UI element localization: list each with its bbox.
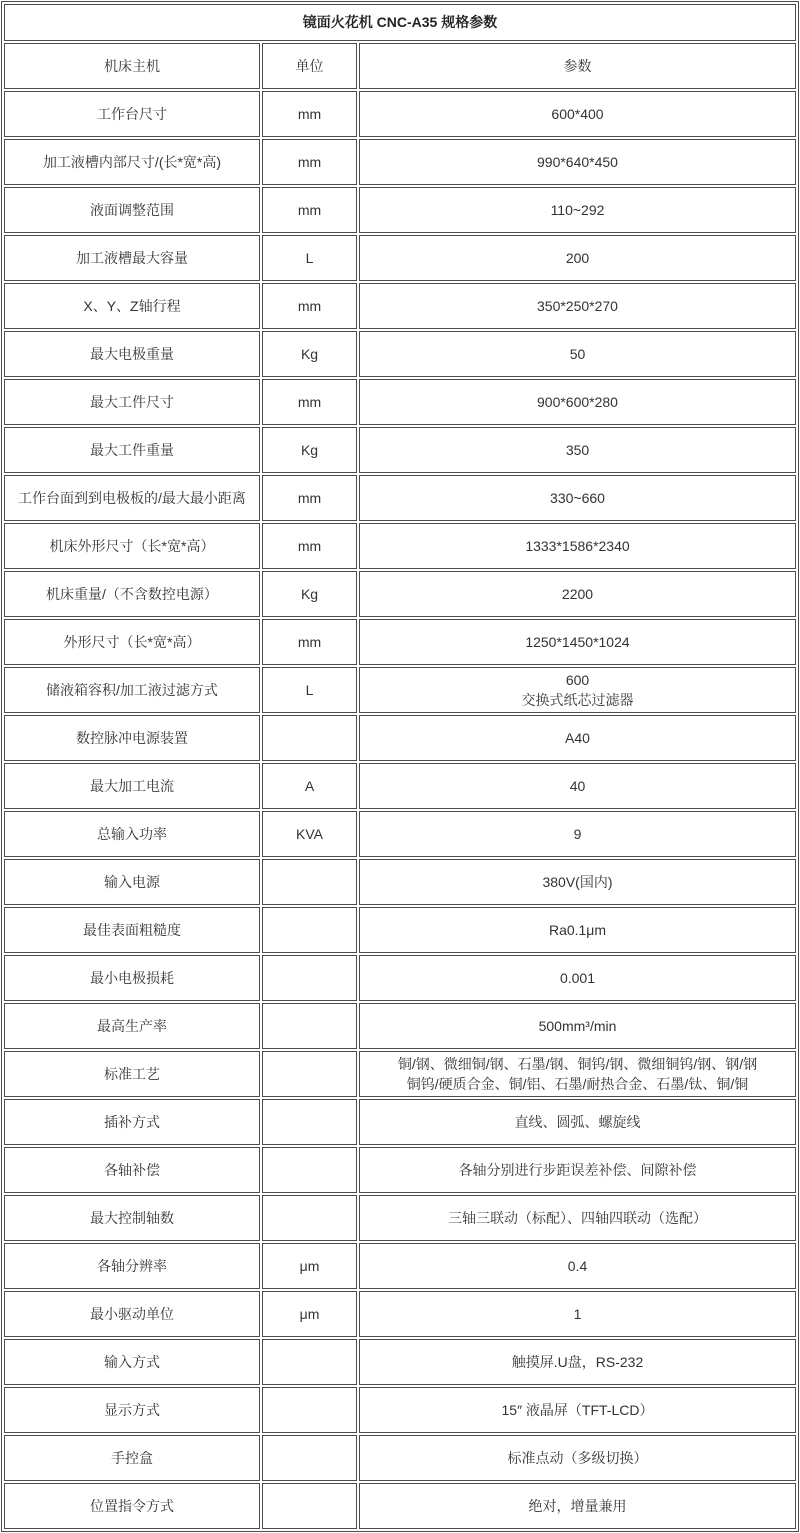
spec-value-cell: 600*400 xyxy=(359,91,796,137)
table-row: 加工液槽最大容量 L 200 xyxy=(4,235,796,281)
spec-value-cell: 9 xyxy=(359,811,796,857)
spec-value-cell: 各轴分别进行步距误差补偿、间隙补偿 xyxy=(359,1147,796,1193)
spec-name-cell: 输入电源 xyxy=(4,859,260,905)
spec-unit-cell: Kg xyxy=(262,427,357,473)
spec-value-cell: A40 xyxy=(359,715,796,761)
spec-unit-cell xyxy=(262,1147,357,1193)
column-header-name: 机床主机 xyxy=(4,43,260,89)
table-header-row: 机床主机 单位 参数 xyxy=(4,43,796,89)
spec-table: 镜面火花机 CNC-A35 规格参数 机床主机 单位 参数 工作台尺寸 mm 6… xyxy=(1,1,799,1532)
table-row: 液面调整范围 mm 110~292 xyxy=(4,187,796,233)
spec-unit-cell xyxy=(262,1099,357,1145)
spec-unit-cell xyxy=(262,1387,357,1433)
spec-value-cell: 500mm³/min xyxy=(359,1003,796,1049)
table-title-row: 镜面火花机 CNC-A35 规格参数 xyxy=(4,4,796,41)
spec-value-cell: 600 交换式纸芯过滤器 xyxy=(359,667,796,713)
spec-name-cell: 最大加工电流 xyxy=(4,763,260,809)
spec-unit-cell: L xyxy=(262,235,357,281)
table-row: 加工液槽内部尺寸/(长*宽*高) mm 990*640*450 xyxy=(4,139,796,185)
spec-name-cell: 数控脉冲电源装置 xyxy=(4,715,260,761)
table-row: 最大工件重量 Kg 350 xyxy=(4,427,796,473)
spec-name-cell: 标准工艺 xyxy=(4,1051,260,1097)
table-row: 手控盒 标准点动（多级切换） xyxy=(4,1435,796,1481)
spec-name-cell: 机床重量/（不含数控电源） xyxy=(4,571,260,617)
spec-unit-cell: mm xyxy=(262,139,357,185)
spec-name-cell: 各轴分辨率 xyxy=(4,1243,260,1289)
spec-value-cell: 三轴三联动（标配）、四轴四联动（选配） xyxy=(359,1195,796,1241)
spec-unit-cell xyxy=(262,715,357,761)
table-row: 标准工艺 铜/钢、微细铜/钢、石墨/钢、铜钨/钢、微细铜钨/钢、钢/钢 铜钨/硬… xyxy=(4,1051,796,1097)
table-row: 最高生产率 500mm³/min xyxy=(4,1003,796,1049)
spec-unit-cell xyxy=(262,1339,357,1385)
spec-value-cell: 900*600*280 xyxy=(359,379,796,425)
spec-name-cell: 加工液槽最大容量 xyxy=(4,235,260,281)
spec-value-cell: 330~660 xyxy=(359,475,796,521)
spec-name-cell: 最小驱动单位 xyxy=(4,1291,260,1337)
spec-unit-cell: mm xyxy=(262,475,357,521)
spec-name-cell: 各轴补偿 xyxy=(4,1147,260,1193)
spec-value-cell: 200 xyxy=(359,235,796,281)
spec-value-cell: 990*640*450 xyxy=(359,139,796,185)
spec-name-cell: 手控盒 xyxy=(4,1435,260,1481)
spec-name-cell: 最小电极损耗 xyxy=(4,955,260,1001)
spec-value-cell: 50 xyxy=(359,331,796,377)
table-row: X、Y、Z轴行程 mm 350*250*270 xyxy=(4,283,796,329)
spec-name-cell: 位置指令方式 xyxy=(4,1483,260,1529)
spec-value-cell: 350*250*270 xyxy=(359,283,796,329)
spec-name-cell: 最大电极重量 xyxy=(4,331,260,377)
spec-name-cell: 最高生产率 xyxy=(4,1003,260,1049)
column-header-value: 参数 xyxy=(359,43,796,89)
spec-unit-cell: KVA xyxy=(262,811,357,857)
spec-name-cell: 显示方式 xyxy=(4,1387,260,1433)
spec-name-cell: 总输入功率 xyxy=(4,811,260,857)
table-row: 最佳表面粗糙度 Ra0.1μm xyxy=(4,907,796,953)
spec-value-cell: 标准点动（多级切换） xyxy=(359,1435,796,1481)
spec-name-cell: 工作台面到到电极板的/最大最小距离 xyxy=(4,475,260,521)
spec-value-cell: 直线、圆弧、螺旋线 xyxy=(359,1099,796,1145)
table-row: 储液箱容积/加工液过滤方式 L 600 交换式纸芯过滤器 xyxy=(4,667,796,713)
spec-name-cell: 最大工件重量 xyxy=(4,427,260,473)
spec-value-cell: 0.001 xyxy=(359,955,796,1001)
spec-value-cell: 380V(国内) xyxy=(359,859,796,905)
spec-name-cell: 最佳表面粗糙度 xyxy=(4,907,260,953)
spec-value-cell: 绝对，增量兼用 xyxy=(359,1483,796,1529)
table-row: 插补方式 直线、圆弧、螺旋线 xyxy=(4,1099,796,1145)
spec-name-cell: X、Y、Z轴行程 xyxy=(4,283,260,329)
spec-value-cell: 110~292 xyxy=(359,187,796,233)
table-row: 最大控制轴数 三轴三联动（标配）、四轴四联动（选配） xyxy=(4,1195,796,1241)
page: 镜面火花机 CNC-A35 规格参数 机床主机 单位 参数 工作台尺寸 mm 6… xyxy=(0,0,800,1533)
spec-unit-cell: mm xyxy=(262,187,357,233)
spec-unit-cell: μm xyxy=(262,1243,357,1289)
spec-unit-cell: mm xyxy=(262,379,357,425)
spec-unit-cell: μm xyxy=(262,1291,357,1337)
spec-name-cell: 插补方式 xyxy=(4,1099,260,1145)
table-row: 总输入功率 KVA 9 xyxy=(4,811,796,857)
table-row: 各轴分辨率 μm 0.4 xyxy=(4,1243,796,1289)
spec-name-cell: 工作台尺寸 xyxy=(4,91,260,137)
spec-unit-cell: mm xyxy=(262,619,357,665)
spec-value-cell: 40 xyxy=(359,763,796,809)
table-row: 最大工件尺寸 mm 900*600*280 xyxy=(4,379,796,425)
spec-name-cell: 储液箱容积/加工液过滤方式 xyxy=(4,667,260,713)
table-row: 最大加工电流 A 40 xyxy=(4,763,796,809)
spec-unit-cell: Kg xyxy=(262,571,357,617)
spec-value-cell: Ra0.1μm xyxy=(359,907,796,953)
spec-unit-cell xyxy=(262,907,357,953)
spec-value-cell: 1333*1586*2340 xyxy=(359,523,796,569)
spec-name-cell: 机床外形尺寸（长*宽*高） xyxy=(4,523,260,569)
spec-unit-cell: L xyxy=(262,667,357,713)
spec-value-cell: 350 xyxy=(359,427,796,473)
spec-name-cell: 输入方式 xyxy=(4,1339,260,1385)
spec-value-cell: 15″ 液晶屏（TFT-LCD） xyxy=(359,1387,796,1433)
spec-unit-cell xyxy=(262,1195,357,1241)
table-row: 最小电极损耗 0.001 xyxy=(4,955,796,1001)
spec-value-cell: 1250*1450*1024 xyxy=(359,619,796,665)
spec-name-cell: 加工液槽内部尺寸/(长*宽*高) xyxy=(4,139,260,185)
spec-name-cell: 最大工件尺寸 xyxy=(4,379,260,425)
spec-value-cell: 触摸屏.U盘，RS-232 xyxy=(359,1339,796,1385)
table-row: 位置指令方式 绝对，增量兼用 xyxy=(4,1483,796,1529)
spec-name-cell: 液面调整范围 xyxy=(4,187,260,233)
table-title: 镜面火花机 CNC-A35 规格参数 xyxy=(4,4,796,41)
spec-name-cell: 最大控制轴数 xyxy=(4,1195,260,1241)
spec-unit-cell xyxy=(262,859,357,905)
spec-unit-cell xyxy=(262,1051,357,1097)
spec-unit-cell: Kg xyxy=(262,331,357,377)
table-row: 显示方式 15″ 液晶屏（TFT-LCD） xyxy=(4,1387,796,1433)
spec-value-cell: 0.4 xyxy=(359,1243,796,1289)
table-row: 外形尺寸（长*宽*高） mm 1250*1450*1024 xyxy=(4,619,796,665)
table-row: 输入电源 380V(国内) xyxy=(4,859,796,905)
table-row: 数控脉冲电源装置 A40 xyxy=(4,715,796,761)
table-row: 最小驱动单位 μm 1 xyxy=(4,1291,796,1337)
table-row: 机床重量/（不含数控电源） Kg 2200 xyxy=(4,571,796,617)
table-row: 工作台尺寸 mm 600*400 xyxy=(4,91,796,137)
spec-unit-cell xyxy=(262,955,357,1001)
table-row: 输入方式 触摸屏.U盘，RS-232 xyxy=(4,1339,796,1385)
spec-unit-cell: mm xyxy=(262,91,357,137)
table-row: 机床外形尺寸（长*宽*高） mm 1333*1586*2340 xyxy=(4,523,796,569)
table-row: 各轴补偿 各轴分别进行步距误差补偿、间隙补偿 xyxy=(4,1147,796,1193)
spec-unit-cell: A xyxy=(262,763,357,809)
spec-value-cell: 铜/钢、微细铜/钢、石墨/钢、铜钨/钢、微细铜钨/钢、钢/钢 铜钨/硬质合金、铜… xyxy=(359,1051,796,1097)
spec-unit-cell xyxy=(262,1435,357,1481)
column-header-unit: 单位 xyxy=(262,43,357,89)
spec-unit-cell: mm xyxy=(262,523,357,569)
table-row: 最大电极重量 Kg 50 xyxy=(4,331,796,377)
spec-value-cell: 2200 xyxy=(359,571,796,617)
spec-unit-cell xyxy=(262,1003,357,1049)
spec-unit-cell: mm xyxy=(262,283,357,329)
table-row: 工作台面到到电极板的/最大最小距离 mm 330~660 xyxy=(4,475,796,521)
spec-name-cell: 外形尺寸（长*宽*高） xyxy=(4,619,260,665)
spec-unit-cell xyxy=(262,1483,357,1529)
spec-value-cell: 1 xyxy=(359,1291,796,1337)
